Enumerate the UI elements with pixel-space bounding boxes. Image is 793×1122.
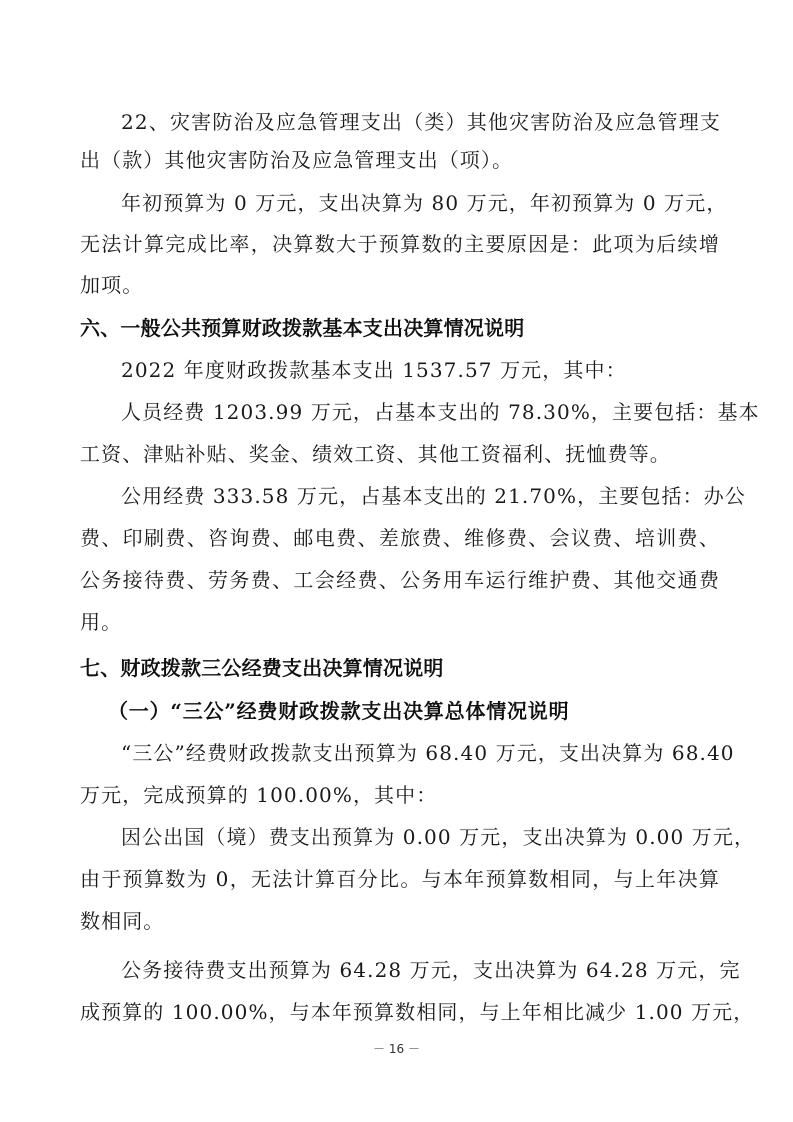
subsection-heading-1: （一）“三公”经费财政拨款支出决算总体情况说明 (108, 697, 748, 725)
paragraph-line: 费、印刷费、咨询费、邮电费、差旅费、维修费、会议费、培训费、 (80, 524, 720, 552)
page-number: － 16 － (0, 1040, 793, 1057)
paragraph-line: 成预算的 100.00%，与本年预算数相同，与上年相比减少 1.00 万元， (80, 998, 720, 1026)
paragraph-line: 公务接待费、劳务费、工会经费、公务用车运行维护费、其他交通费 (80, 566, 720, 594)
paragraph-line: 2022 年度财政拨款基本支出 1537.57 万元，其中： (121, 356, 721, 384)
paragraph-line: “三公”经费财政拨款支出预算为 68.40 万元，支出决算为 68.40 (121, 739, 721, 767)
document-page: 22、灾害防治及应急管理支出（类）其他灾害防治及应急管理支 出（款）其他灾害防治… (0, 0, 793, 1122)
paragraph-line: 用。 (80, 608, 720, 636)
paragraph-line: 数相同。 (80, 907, 720, 935)
paragraph-line: 无法计算完成比率，决算数大于预算数的主要原因是：此项为后续增 (80, 230, 720, 258)
paragraph-line: 加项。 (80, 271, 720, 299)
paragraph-line: 人员经费 1203.99 万元，占基本支出的 78.30%，主要包括：基本 (121, 398, 721, 426)
paragraph-line: 万元，完成预算的 100.00%，其中： (80, 781, 720, 809)
paragraph-line: 公用经费 333.58 万元，占基本支出的 21.70%，主要包括：办公 (121, 482, 721, 510)
section-heading-7: 七、财政拨款三公经费支出决算情况说明 (80, 654, 720, 682)
section-heading-6: 六、一般公共预算财政拨款基本支出决算情况说明 (80, 314, 720, 342)
paragraph-line: 出（款）其他灾害防治及应急管理支出（项）。 (80, 146, 720, 174)
paragraph-line: 22、灾害防治及应急管理支出（类）其他灾害防治及应急管理支 (121, 108, 721, 136)
paragraph-line: 因公出国（境）费支出预算为 0.00 万元，支出决算为 0.00 万元， (121, 823, 721, 851)
paragraph-line: 年初预算为 0 万元，支出决算为 80 万元，年初预算为 0 万元， (121, 189, 721, 217)
paragraph-line: 由于预算数为 0，无法计算百分比。与本年预算数相同，与上年决算 (80, 865, 720, 893)
paragraph-line: 公务接待费支出预算为 64.28 万元，支出决算为 64.28 万元，完 (121, 956, 721, 984)
paragraph-line: 工资、津贴补贴、奖金、绩效工资、其他工资福利、抚恤费等。 (80, 440, 720, 468)
